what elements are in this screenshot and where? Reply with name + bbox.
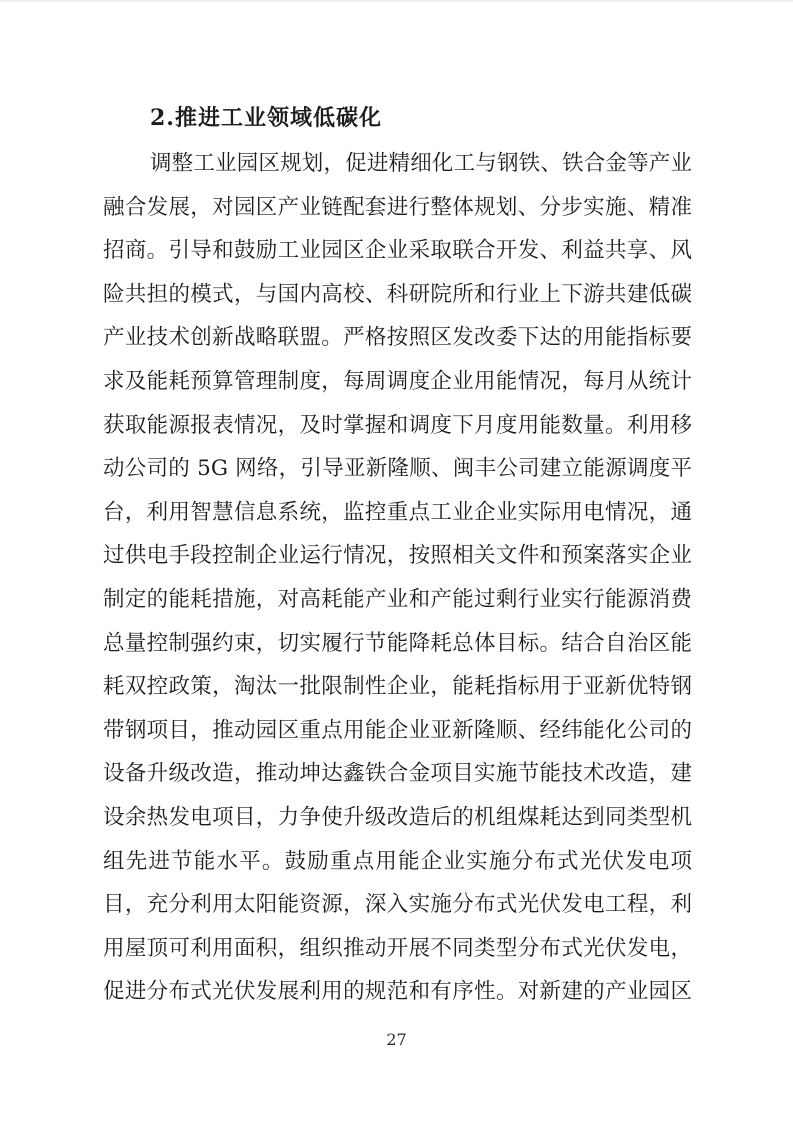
text-line: 融合发展，对园区产业链配套进行整体规划、分步实施、精准 (103, 186, 692, 230)
text-line: 设备升级改造，推动坤达鑫铁合金项目实施节能技术改造，建 (103, 752, 692, 796)
text-line: 过供电手段控制企业运行情况，按照相关文件和预案落实企业 (103, 534, 692, 578)
text-line: 耗双控政策，淘汰一批限制性企业，能耗指标用于亚新优特钢 (103, 665, 692, 709)
text-line: 设余热发电项目，力争使升级改造后的机组煤耗达到同类型机 (103, 796, 692, 840)
document-page: 2.推进工业领域低碳化 调整工业园区规划，促进精细化工与钢铁、铁合金等产业融合发… (0, 0, 793, 1122)
text-line: 带钢项目，推动园区重点用能企业亚新隆顺、经纬能化公司的 (103, 709, 692, 753)
page-content: 2.推进工业领域低碳化 调整工业园区规划，促进精细化工与钢铁、铁合金等产业融合发… (103, 103, 692, 1014)
text-line: 组先进节能水平。鼓励重点用能企业实施分布式光伏发电项 (103, 840, 692, 884)
section-heading: 2.推进工业领域低碳化 (103, 103, 692, 133)
text-line: 调整工业园区规划，促进精细化工与钢铁、铁合金等产业 (103, 142, 692, 186)
text-line: 目，充分利用太阳能资源，深入实施分布式光伏发电工程，利 (103, 883, 692, 927)
text-line: 总量控制强约束，切实履行节能降耗总体目标。结合自治区能 (103, 622, 692, 666)
text-line: 台，利用智慧信息系统，监控重点工业企业实际用电情况，通 (103, 491, 692, 535)
scan-edge-line (0, 0, 793, 2)
text-line: 险共担的模式，与国内高校、科研院所和行业上下游共建低碳 (103, 273, 692, 317)
text-line: 制定的能耗措施，对高耗能产业和产能过剩行业实行能源消费 (103, 578, 692, 622)
text-line: 促进分布式光伏发展利用的规范和有序性。对新建的产业园区 (103, 970, 692, 1014)
paragraph: 调整工业园区规划，促进精细化工与钢铁、铁合金等产业融合发展，对园区产业链配套进行… (103, 142, 692, 1014)
text-line: 产业技术创新战略联盟。严格按照区发改委下达的用能指标要 (103, 316, 692, 360)
text-line: 招商。引导和鼓励工业园区企业采取联合开发、利益共享、风 (103, 229, 692, 273)
text-line: 获取能源报表情况，及时掌握和调度下月度用能数量。利用移 (103, 404, 692, 448)
text-line: 求及能耗预算管理制度，每周调度企业用能情况，每月从统计 (103, 360, 692, 404)
text-line: 动公司的 5G 网络，引导亚新隆顺、闽丰公司建立能源调度平 (103, 447, 692, 491)
text-line: 用屋顶可利用面积，组织推动开展不同类型分布式光伏发电， (103, 927, 692, 971)
page-number: 27 (0, 1030, 793, 1049)
